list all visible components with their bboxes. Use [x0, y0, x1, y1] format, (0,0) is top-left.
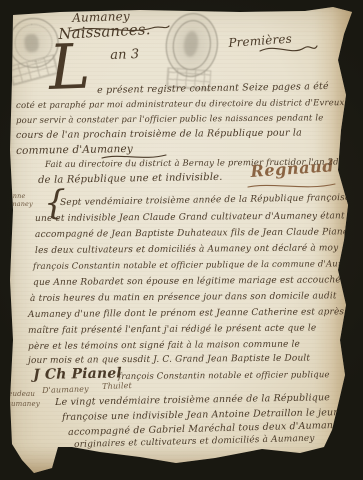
handwritten-line: Aumaney d'une fille dont le prénom est J… — [28, 308, 344, 320]
handwritten-line: Thuilet — [102, 382, 132, 391]
handwritten-line: Jeanne — [2, 193, 25, 200]
manuscript-page: Aumaney Naissances. an 3 Premières L { R… — [0, 0, 363, 480]
decorative-initial: L — [48, 41, 91, 95]
seal-center-mark — [24, 33, 40, 52]
handwritten-line: Dieudeau — [0, 391, 35, 398]
paraph-flourish — [258, 40, 320, 58]
handwritten-line: D'aumaney — [42, 385, 89, 395]
handwritten-line: e présent registre contenant Seize pages… — [97, 82, 329, 96]
paper-left-shadow — [0, 0, 14, 480]
handwritten-line: Le vingt vendémiaire troisième année de … — [55, 393, 330, 407]
photo-background: Aumaney Naissances. an 3 Premières L { R… — [0, 0, 363, 480]
year-label: an 3 — [110, 48, 140, 62]
handwritten-line: que Anne Robardet son épouse en légitime… — [33, 276, 346, 288]
handwritten-line: pour servir à constater par l'officier p… — [16, 114, 323, 125]
handwritten-line: de la République une et indivisible. — [38, 173, 223, 186]
underline-flourish — [68, 22, 172, 36]
handwritten-line: les deux cultivateurs et domiciliés à Au… — [35, 244, 338, 256]
handwritten-line: cours de l'an prochain troisième de la R… — [16, 129, 302, 141]
handwritten-line: maître fait présenté l'enfant j'ai rédig… — [28, 324, 316, 336]
handwritten-line: aumaney — [2, 201, 33, 208]
paper-top-shadow — [0, 0, 363, 10]
handwritten-line: à trois heures du matin en présence jour… — [30, 292, 337, 304]
handwritten-line: père et les témoins ont signé fait à la … — [28, 341, 300, 352]
handwritten-line: Sept vendémiaire troisième année de la R… — [60, 194, 350, 208]
handwritten-line: une et indivisible Jean Claude Grand cul… — [35, 212, 345, 224]
handwritten-line: d'aumaney — [0, 401, 40, 408]
handwritten-line: commune d'Aumaney — [16, 144, 133, 157]
handwritten-line: accompagné de Jean Baptiste Duhateaux fi… — [35, 228, 351, 240]
handwritten-line: coté et paraphé par moi administrateur d… — [16, 99, 344, 110]
handwritten-line: jour mois et an que susdit J. C. Grand J… — [28, 355, 310, 366]
handwritten-line: françois Constantin notable et officier … — [118, 371, 330, 381]
signature-flourish — [246, 180, 338, 192]
torn-bottom-edge — [0, 446, 363, 480]
handwritten-line: J Ch Pianel — [33, 366, 122, 382]
